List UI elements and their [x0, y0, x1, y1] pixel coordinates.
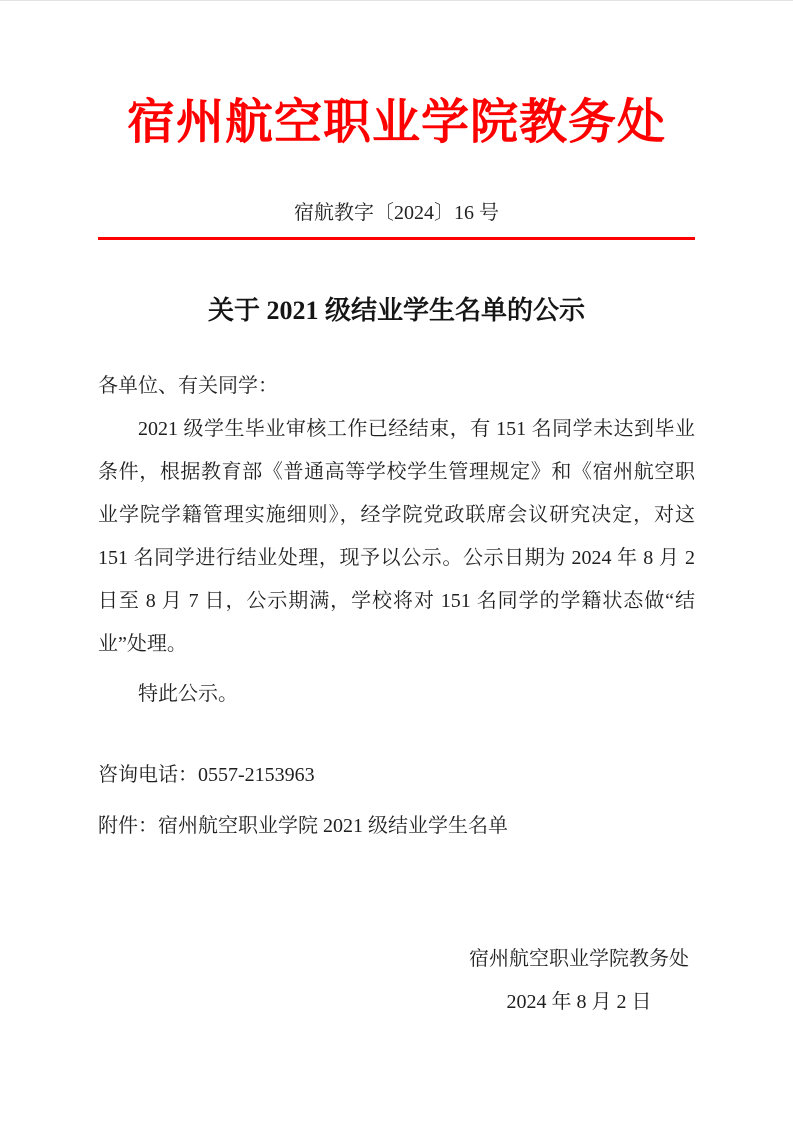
closing-statement: 特此公示。 [98, 673, 695, 716]
contact-phone-line: 咨询电话：0557-2153963 [98, 754, 695, 797]
red-divider-line [98, 237, 695, 240]
document-title: 关于 2021 级结业学生名单的公示 [98, 294, 695, 328]
document-page: 宿州航空职业学院教务处 宿航教字〔2024〕16 号 关于 2021 级结业学生… [0, 0, 793, 1122]
body-paragraph: 2021 级学生毕业审核工作已经结束，有 151 名同学未达到毕业条件，根据教育… [98, 408, 695, 666]
signer-name: 宿州航空职业学院教务处 [469, 938, 689, 981]
signature-block: 宿州航空职业学院教务处 2024 年 8 月 2 日 [469, 938, 689, 1024]
attachment-line: 附件：宿州航空职业学院 2021 级结业学生名单 [98, 805, 695, 848]
signature-date: 2024 年 8 月 2 日 [469, 981, 689, 1024]
signature-area: 宿州航空职业学院教务处 2024 年 8 月 2 日 [98, 938, 695, 1024]
salutation: 各单位、有关同学： [98, 365, 695, 408]
doc-number: 宿航教字〔2024〕16 号 [98, 201, 695, 225]
agency-title: 宿州航空职业学院教务处 [98, 93, 695, 153]
